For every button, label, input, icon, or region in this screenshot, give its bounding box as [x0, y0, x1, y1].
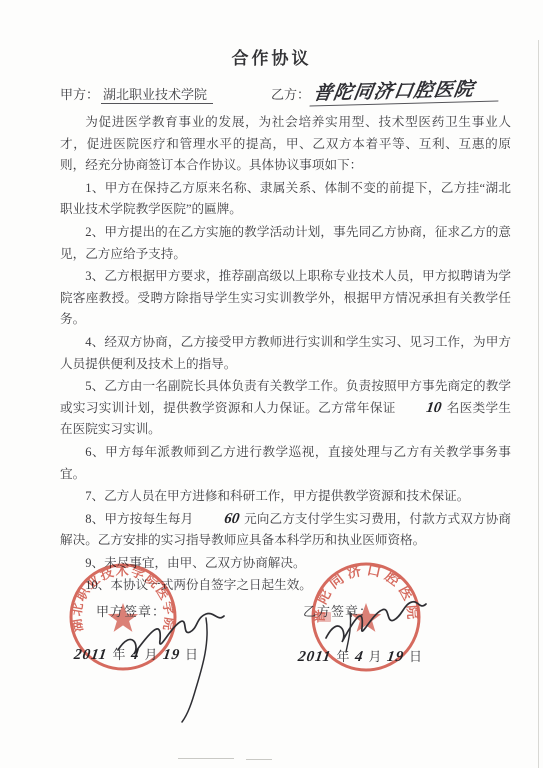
- scan-artifact: [178, 758, 234, 759]
- printed-text: 4、经双方协商，乙方接受甲方教师进行实训和学生实习、见习工作，为甲方人员提供便利…: [60, 335, 511, 371]
- printed-text: 3、乙方根据甲方要求，推荐副高级以上职称专业技术人员，甲方拟聘请为学院客座教授。…: [60, 269, 511, 326]
- handwritten-value: 4: [352, 649, 367, 666]
- handwritten-value: 19: [160, 647, 183, 664]
- party-a-name: 湖北职业技术学院: [101, 87, 213, 104]
- party-b-name-handwritten: 普陀同济口腔医院: [310, 74, 503, 107]
- handwritten-value: 2011: [295, 649, 335, 666]
- printed-text: 7、乙方人员在甲方进修和科研工作，甲方提供教学资源和技术保证。: [85, 489, 469, 503]
- intro-paragraph: 为促进医学教育事业的发展，为社会培养实用型、技术型医药卫生事业人才，促进医院医疗…: [60, 112, 511, 177]
- printed-text: 8、甲方按每生每月: [85, 512, 196, 526]
- handwritten-value: 4: [128, 647, 143, 664]
- printed-text: 日: [406, 649, 422, 664]
- clause-paragraph: 3、乙方根据甲方要求，推荐副高级以上职称专业技术人员，甲方拟聘请为学院客座教授。…: [60, 266, 511, 331]
- party-b-date: 2011 年 4 月 19 日: [296, 646, 422, 666]
- scan-artifact: [246, 759, 272, 760]
- party-a-label: 甲方：: [60, 87, 99, 102]
- clause-paragraph: 6、甲方每年派教师到乙方进行教学巡视，直接处理与乙方有关教学事务事宜。: [60, 442, 511, 485]
- printed-text: 日: [182, 647, 198, 662]
- scanned-agreement-page: 合作协议 甲方：湖北职业技术学院乙方：普陀同济口腔医院 为促进医学教育事业的发展…: [0, 0, 543, 768]
- printed-text: 年: [109, 647, 129, 662]
- party-b-label: 乙方：: [271, 87, 310, 102]
- clause-paragraph: 4、经双方协商，乙方接受甲方教师进行实训和学生实习、见习工作，为甲方人员提供便利…: [60, 332, 511, 375]
- clause-paragraph: 2、甲方提出的在乙方实施的教学活动计划，事先同乙方协商，征求乙方的意见，乙方应给…: [60, 222, 511, 265]
- handwritten-value: 10: [398, 398, 445, 420]
- printed-text: 月: [141, 647, 161, 662]
- page-title: 合作协议: [0, 0, 543, 69]
- clause-paragraph: 8、甲方按每生每月 60 元向乙方支付学生实习费用，付款方式双方协商解决。乙方安…: [60, 509, 511, 552]
- clause-paragraph: 1、甲方在保持乙方原来名称、隶属关系、体制不变的前提下，乙方挂“湖北职业技术学院…: [60, 178, 511, 221]
- printed-text: 6、甲方每年派教师到乙方进行教学巡视，直接处理与乙方有关教学事务事宜。: [60, 445, 511, 481]
- clause-paragraph: 5、乙方由一名副院长具体负责有关教学工作。负责按照甲方事先商定的教学或实习实训计…: [60, 376, 511, 441]
- clause-list: 1、甲方在保持乙方原来名称、隶属关系、体制不变的前提下，乙方挂“湖北职业技术学院…: [60, 178, 511, 597]
- handwritten-value: 2011: [71, 647, 111, 664]
- signature-area: 湖北职业技术学院医学院 普陀同济口腔医院 甲方签章： 乙方签章：: [0, 552, 543, 768]
- printed-text: 1、甲方在保持乙方原来名称、隶属关系、体制不变的前提下，乙方挂“湖北职业技术学院…: [60, 181, 511, 217]
- agreement-body: 甲方：湖北职业技术学院乙方：普陀同济口腔医院 为促进医学教育事业的发展，为社会培…: [0, 69, 543, 597]
- printed-text: 月: [365, 649, 385, 664]
- parties-line: 甲方：湖北职业技术学院乙方：普陀同济口腔医院: [60, 78, 511, 106]
- handwritten-value: 60: [195, 509, 242, 531]
- handwritten-value: 19: [384, 649, 407, 666]
- clause-paragraph: 7、乙方人员在甲方进修和科研工作，甲方提供教学资源和技术保证。: [60, 486, 511, 508]
- printed-text: 年: [333, 649, 353, 664]
- printed-text: 2、甲方提出的在乙方实施的教学活动计划，事先同乙方协商，征求乙方的意见，乙方应给…: [60, 225, 511, 261]
- party-a-date: 2011 年 4 月 19 日: [72, 644, 198, 664]
